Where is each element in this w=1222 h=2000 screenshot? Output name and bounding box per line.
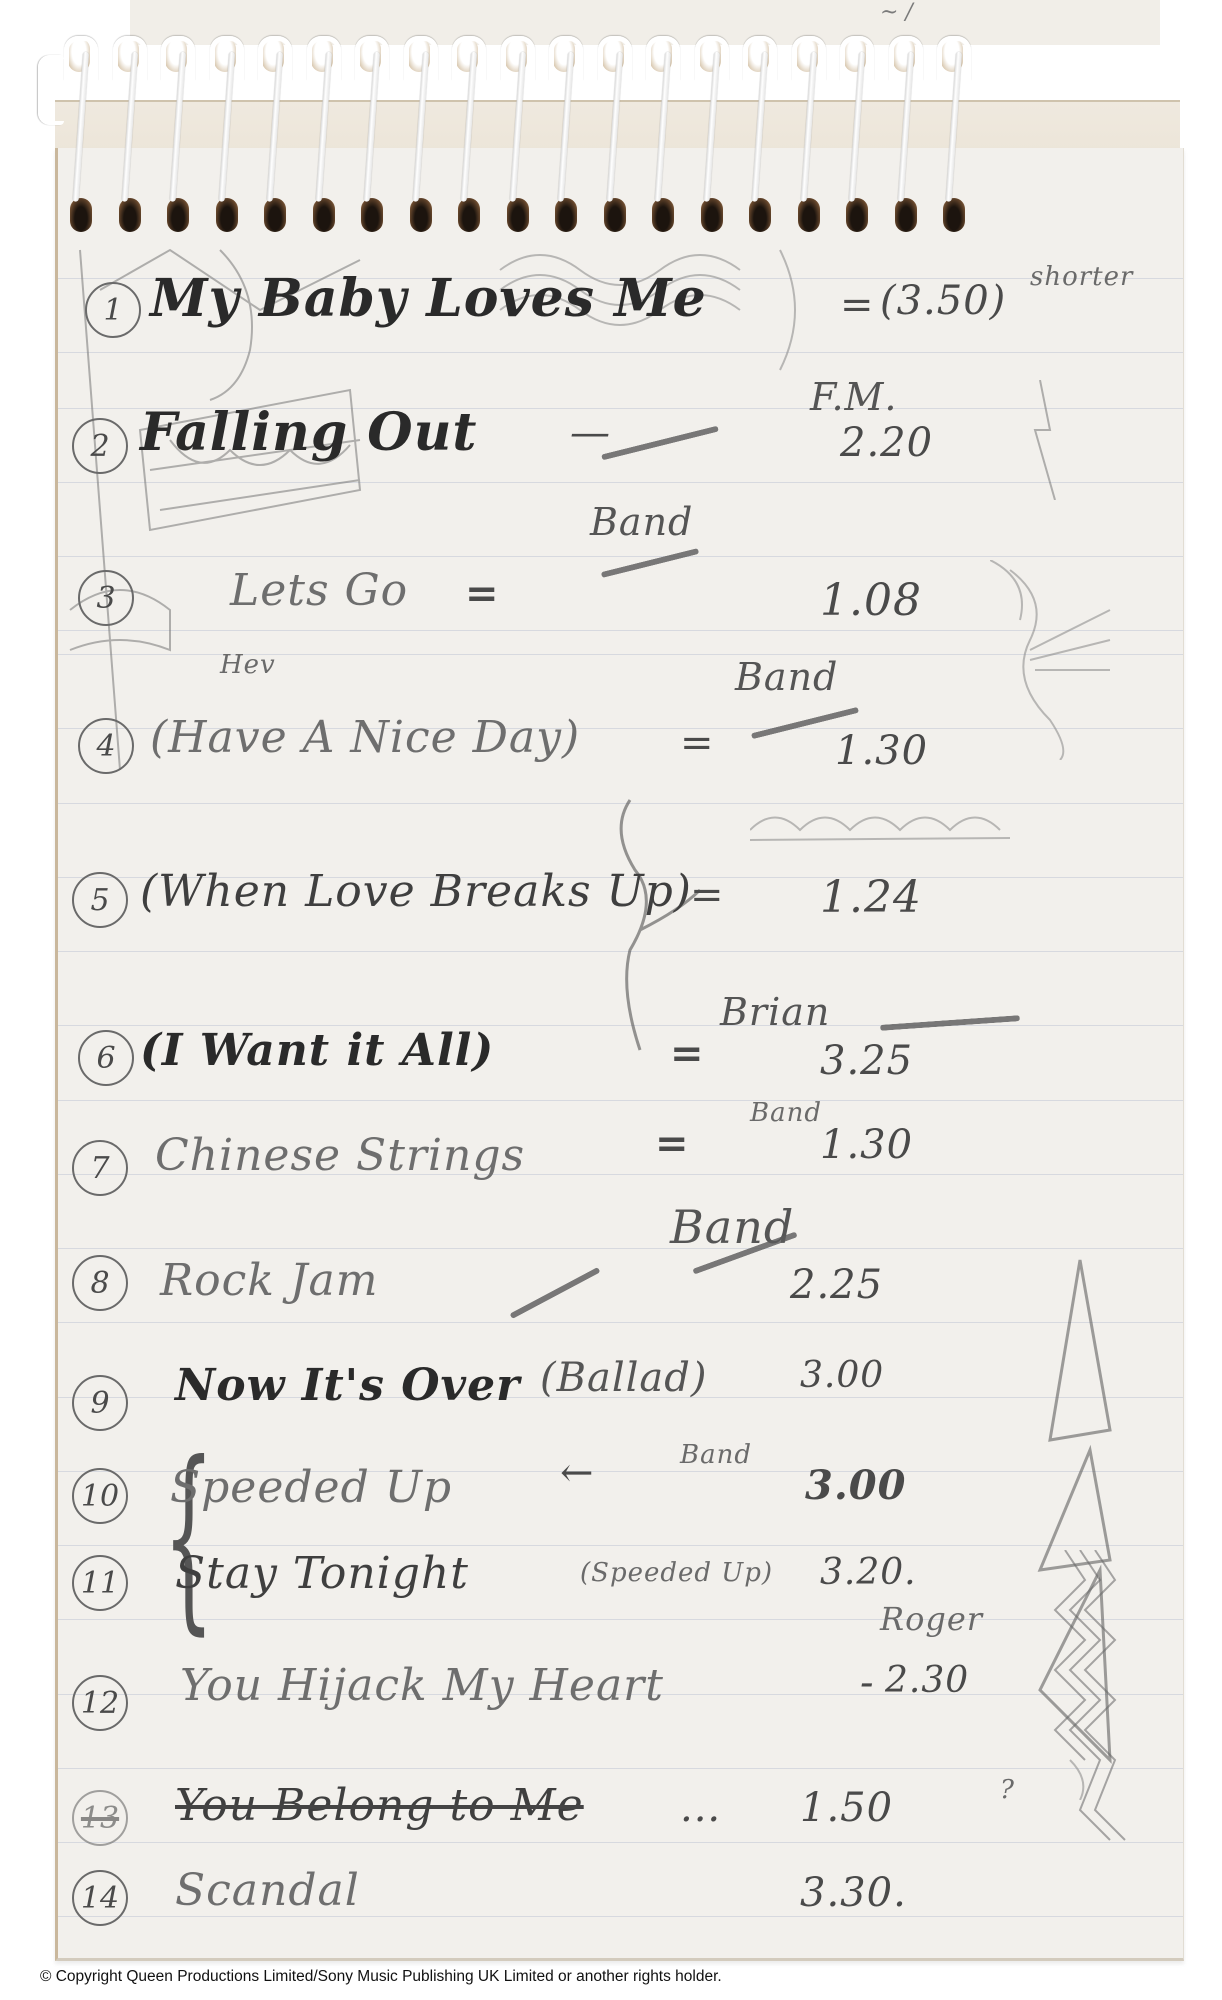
track-number-3: 3 — [78, 570, 134, 626]
track-time-4: 1.30 — [835, 728, 928, 774]
track-note-13: ? — [1000, 1775, 1015, 1805]
binding-hole — [167, 198, 189, 232]
track-title-3: Lets Go — [230, 565, 408, 616]
track-title-7: Chinese Strings — [155, 1130, 525, 1181]
track-note-4: Band — [735, 655, 838, 699]
binding-hole — [216, 198, 238, 232]
track-note-6: Brian — [720, 990, 830, 1034]
binding-hole — [555, 198, 577, 232]
binding-hole — [749, 198, 771, 232]
track-title-4: (Have A Nice Day) — [150, 712, 580, 763]
doodle-scallop-line — [750, 800, 1020, 860]
binding-hole — [264, 198, 286, 232]
track-time-12: 2.30 — [885, 1660, 969, 1701]
track-number-12: 12 — [72, 1675, 128, 1731]
track-separator-7: = — [655, 1120, 690, 1167]
track-title-2: Falling Out — [140, 402, 477, 463]
track-title-1: My Baby Loves Me — [150, 268, 707, 329]
track-separator-3: = — [465, 570, 500, 617]
track-separator-6: = — [670, 1030, 705, 1077]
track-separator-13: ... — [680, 1785, 721, 1831]
track-number-14: 14 — [72, 1870, 128, 1926]
doodle-lightning-right — [1020, 380, 1080, 500]
track-number-11: 11 — [72, 1555, 128, 1611]
binding-hole — [458, 198, 480, 232]
track-title-6: (I Want it All) — [140, 1025, 494, 1076]
track-note-7: Band — [750, 1098, 822, 1128]
track-time-9: 3.00 — [800, 1355, 884, 1396]
ruled-line — [58, 1100, 1183, 1101]
track-note-10: Band — [680, 1440, 752, 1470]
track-number-13: 13 — [72, 1790, 128, 1846]
track-time-10: 3.00 — [805, 1462, 906, 1509]
track-title-10: Speeded Up — [170, 1462, 452, 1513]
track-note-11: (Speeded Up) — [580, 1558, 773, 1588]
track-title-14: Scandal — [175, 1865, 360, 1916]
track-note-9: (Ballad) — [540, 1355, 708, 1401]
track-number-1: 1 — [85, 282, 141, 338]
bracket-10-11: { — [163, 1420, 214, 1653]
track-title-11: Stay Tonight — [175, 1548, 469, 1599]
spiral-wire-end — [38, 55, 64, 125]
track-number-2: 2 — [72, 418, 128, 474]
track-note-2: F.M. — [810, 375, 898, 419]
binding-hole — [943, 198, 965, 232]
track-separator-1: = — [840, 282, 875, 328]
binding-hole — [119, 198, 141, 232]
track-time-6: 3.25 — [820, 1038, 913, 1084]
track-time-7: 1.30 — [820, 1122, 913, 1168]
track-title-12: You Hijack My Heart — [180, 1660, 664, 1711]
track-above-note-4: Hev — [220, 650, 276, 680]
track-time-1: (3.50) — [880, 278, 1006, 324]
track-note-1: shorter — [1030, 262, 1133, 292]
track-time-3: 1.08 — [820, 575, 922, 626]
binding-hole — [652, 198, 674, 232]
track-time-13: 1.50 — [800, 1785, 893, 1831]
previous-page-scribble: ~ / — [880, 0, 913, 25]
track-time-5: 1.24 — [820, 872, 922, 923]
track-title-13: You Belong to Me — [175, 1780, 584, 1831]
copyright-notice: © Copyright Queen Productions Limited/So… — [40, 1968, 722, 1986]
doodle-zigzag-right — [1040, 1550, 1130, 1850]
binding-hole — [895, 198, 917, 232]
track-time-11: 3.20. — [820, 1552, 917, 1593]
track-number-6: 6 — [78, 1030, 134, 1086]
track-separator-12: - — [860, 1660, 875, 1706]
binding-hole — [507, 198, 529, 232]
track-title-8: Rock Jam — [160, 1255, 379, 1306]
track-number-7: 7 — [72, 1140, 128, 1196]
track-separator-10: ← — [560, 1450, 595, 1496]
track-time-8: 2.25 — [790, 1262, 883, 1308]
ruled-line — [58, 1842, 1183, 1843]
binding-hole — [846, 198, 868, 232]
track-separator-5: = — [690, 872, 725, 918]
doodle-feather-right — [990, 560, 1120, 760]
track-title-5: (When Love Breaks Up) — [140, 866, 692, 917]
binding-hole — [313, 198, 335, 232]
track-note-3: Band — [590, 500, 693, 544]
track-number-10: 10 — [72, 1468, 128, 1524]
track-time-14: 3.30. — [800, 1870, 907, 1916]
track-title-9: Now It's Over — [175, 1360, 520, 1411]
doodle-bird-center — [540, 790, 720, 1070]
track-separator-4: = — [680, 720, 715, 766]
track-number-8: 8 — [72, 1255, 128, 1311]
track-number-4: 4 — [78, 718, 134, 774]
binding-hole — [798, 198, 820, 232]
track-time-2: 2.20 — [840, 420, 933, 466]
binding-hole — [410, 198, 432, 232]
track-note-8: Band — [670, 1200, 794, 1254]
ruled-line — [58, 1916, 1183, 1917]
track-number-9: 9 — [72, 1375, 128, 1431]
binding-hole — [604, 198, 626, 232]
track-separator-2: — — [570, 410, 611, 456]
binding-hole — [361, 198, 383, 232]
binding-hole — [701, 198, 723, 232]
track-number-5: 5 — [72, 872, 128, 928]
binding-hole — [70, 198, 92, 232]
track-note-12: Roger — [880, 1600, 983, 1638]
